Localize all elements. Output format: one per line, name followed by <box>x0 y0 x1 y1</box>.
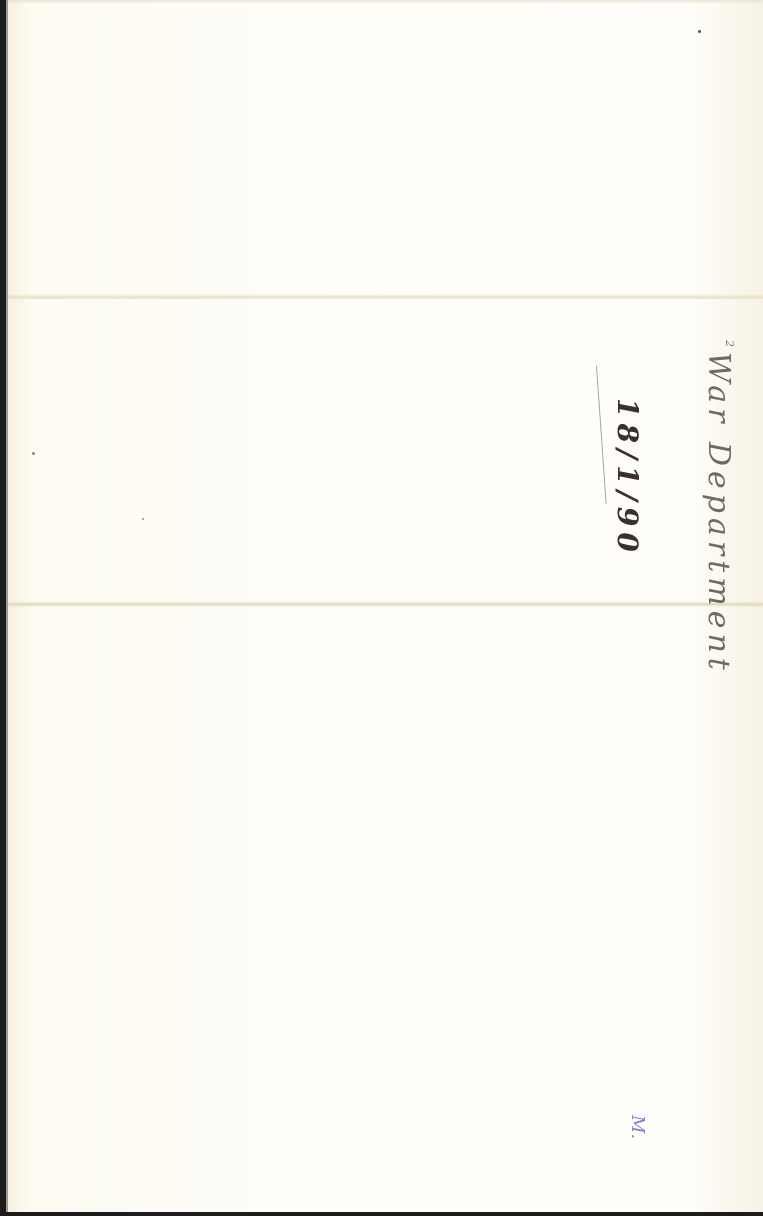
top-edge-shadow <box>8 0 763 4</box>
docket-title: War Department <box>701 352 736 675</box>
paper-speck <box>142 518 144 520</box>
paper-speck <box>698 30 701 33</box>
handwritten-rule-line <box>596 366 607 504</box>
docket-date: 18/1/90 <box>611 398 644 558</box>
blue-pencil-mark: M. <box>627 1115 648 1139</box>
fold-crease-lower <box>8 601 763 607</box>
scanned-document: 2 War Department 18/1/90 M. <box>0 0 763 1216</box>
paper-sheet: 2 War Department 18/1/90 M. <box>6 0 763 1212</box>
paper-speck <box>32 452 35 455</box>
small-handwritten-mark: 2 <box>723 340 736 347</box>
fold-crease-upper <box>8 294 763 300</box>
